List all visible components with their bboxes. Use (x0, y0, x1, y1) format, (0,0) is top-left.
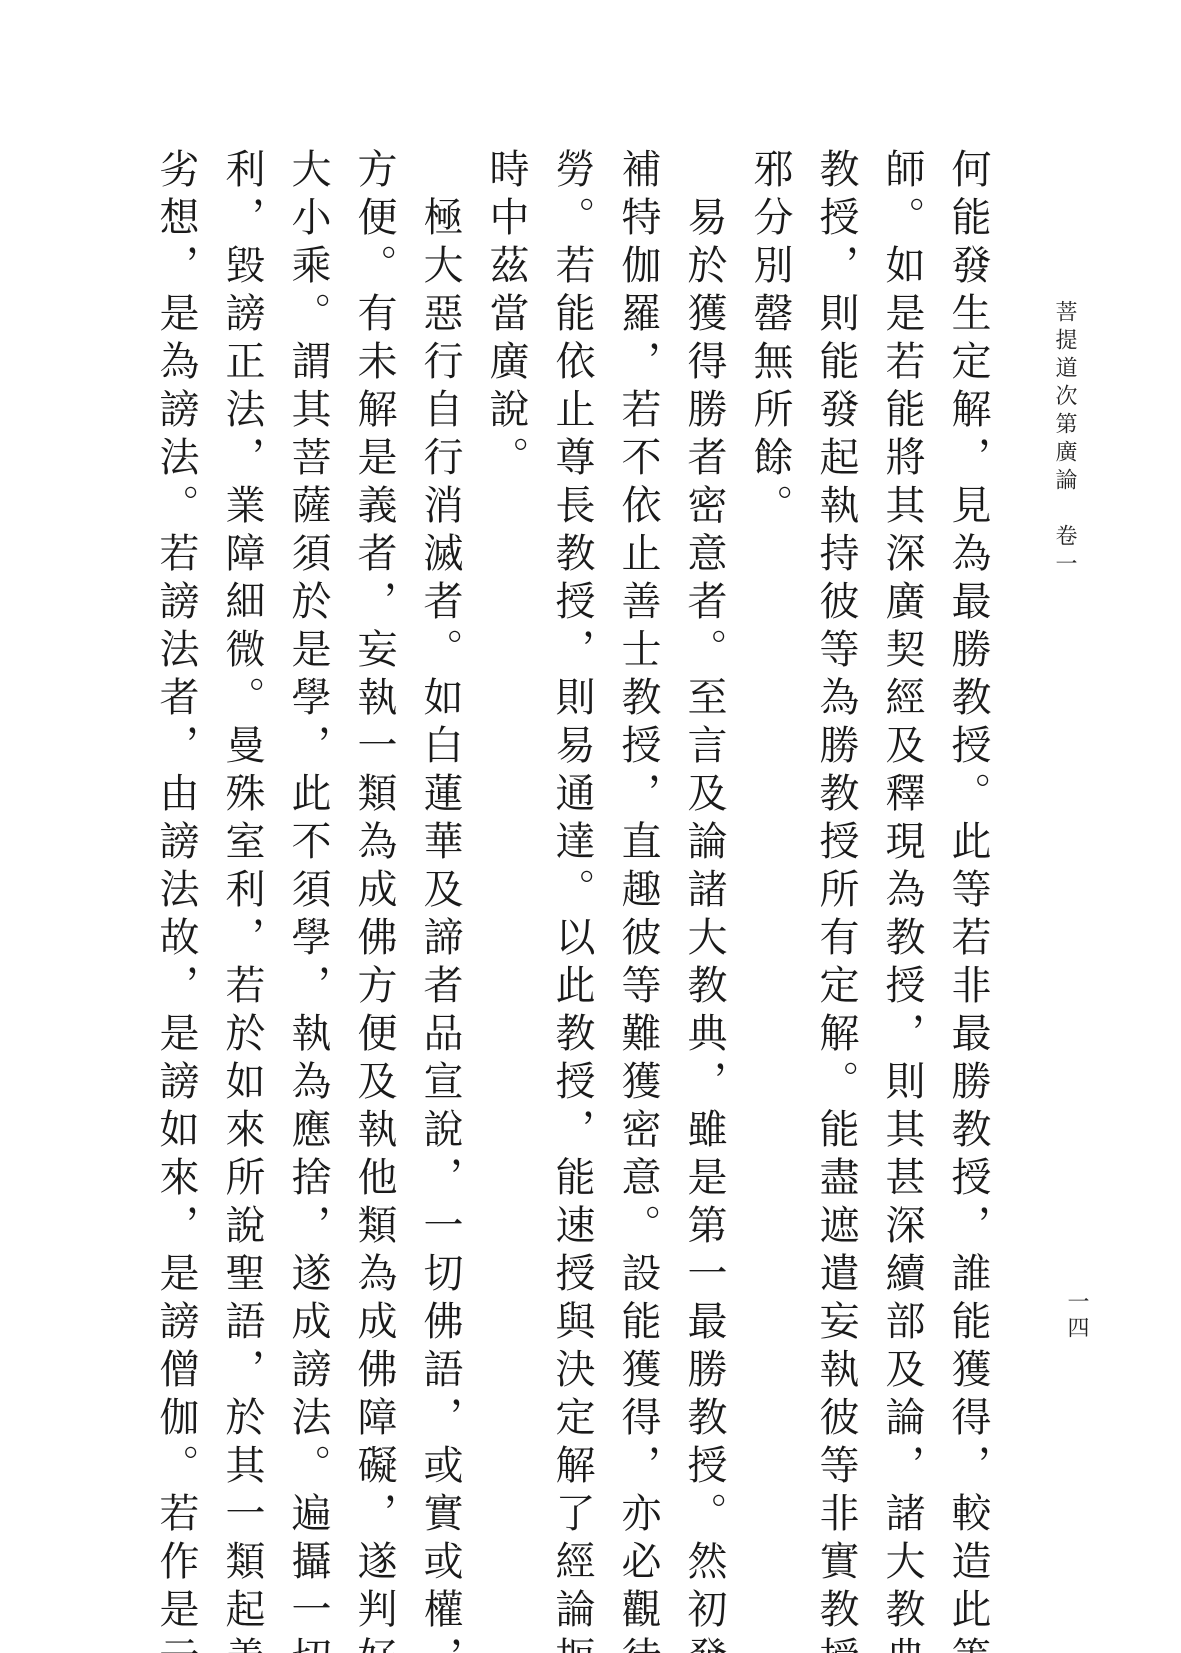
text-column: 方便。有未解是義者，妄執一類為成佛方便及執他類為成佛障礙，遂判好惡，應理非理，及 (341, 148, 407, 1448)
text-column: 教授，則能發起執持彼等為勝教授所有定解。能盡遮遣妄執彼等非實教授，背棄正法諸 (803, 148, 869, 1448)
running-header: 菩提道次第廣論 卷一 (1040, 300, 1080, 580)
text-column: 勞。若能依止尊長教授，則易通達。以此教授，能速授與決定解了經論扼要。其中道理於各 (539, 148, 605, 1448)
text-column: 極大惡行自行消滅者。如白蓮華及諦者品宣說，一切佛語，或實或權，皆是開示成佛 (407, 148, 473, 1448)
text-column: 時中茲當廣說。 (473, 148, 539, 1448)
text-column: 師。如是若能將其深廣契經及釋現為教授，則其甚深續部及論，諸大教典，亦無少勞現為 (869, 148, 935, 1448)
text-column: 補特伽羅，若不依止善士教授，直趣彼等難獲密意。設能獲得，亦必觀待長久時期，極大勤 (605, 148, 671, 1448)
text-column: 利，毀謗正法，業障細微。曼殊室利，若於如來所說聖語，於其一類起善妙想，於其一類起… (209, 148, 275, 1448)
text-column: 邪分別罄無所餘。 (737, 148, 803, 1448)
text-column: 易於獲得勝者密意者。至言及論諸大教典，雖是第一最勝教授。然初發業未曾慣修 (671, 148, 737, 1448)
text-column: 劣想，是為謗法。若謗法者，由謗法故，是謗如來，是謗僧伽。若作是云，此則應理，此非… (143, 148, 209, 1448)
text-column: 大小乘。謂其菩薩須於是學，此不須學，執為應捨，遂成謗法。遍攝一切研磨經云，「曼殊… (275, 148, 341, 1448)
header-spacer (1052, 496, 1077, 524)
page-number: 一四 (1058, 1290, 1092, 1342)
text-column: 何能發生定解，見為最勝教授。此等若非最勝教授，誰能獲得，較造此等尤為殊勝教授論 (935, 148, 1001, 1448)
book-title: 菩提道次第廣論 (1052, 300, 1077, 496)
body-text: 何能發生定解，見為最勝教授。此等若非最勝教授，誰能獲得，較造此等尤為殊勝教授論 … (161, 148, 1001, 1448)
volume-label: 卷一 (1052, 524, 1077, 580)
